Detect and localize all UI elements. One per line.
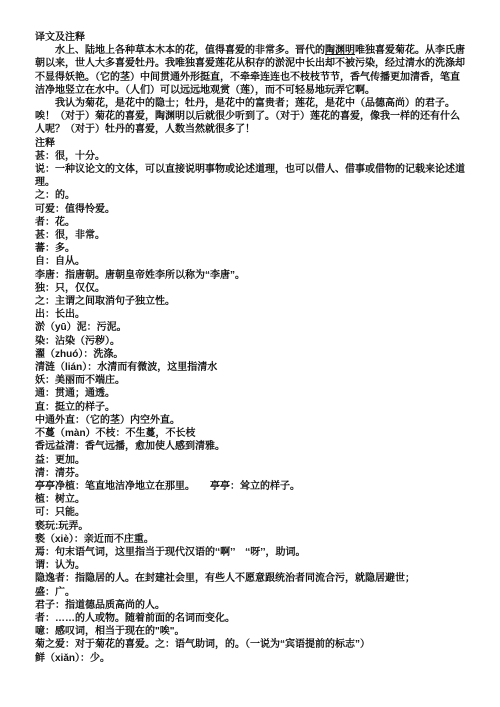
section-title-translation: 译文及注释: [35, 31, 467, 44]
note-line: 鲜（xiǎn）：少。: [35, 652, 467, 665]
note-line: 濯（zhuó）：洗涤。: [35, 348, 467, 361]
translation-paragraph-1: 水上、陆地上各种草本木本的花，值得喜爱的非常多。晋代的陶渊明唯独喜爱菊花。从李氏…: [35, 44, 467, 97]
translation-p1-before-link: 水上、陆地上各种草本木本的花，值得喜爱的非常多。晋代的: [55, 45, 325, 56]
note-line: 者：……的人或物。随着前面的名词而变化。: [35, 612, 467, 625]
taoyuanming-link[interactable]: 陶渊明: [325, 45, 355, 56]
note-line: 君子：指道德品质高尚的人。: [35, 599, 467, 612]
note-line: 亭亭净植：笔直地洁净地立在那里。 亭亭：耸立的样子。: [35, 480, 467, 493]
note-line: 中通外直：（它的茎）内空外直。: [35, 414, 467, 427]
note-line: 益：更加。: [35, 454, 467, 467]
note-line: 染：沾染（污秽）。: [35, 335, 467, 348]
note-line: 妖：美丽而不端庄。: [35, 374, 467, 387]
notes-list: 甚：很，十分。说：一种议论文的文体，可以直接说明事物或论述道理，也可以借人、借事…: [35, 150, 467, 665]
note-line: 焉：句末语气词，这里指当于现代汉语的‘‘啊’’ ‘‘呀’’，助词。: [35, 546, 467, 559]
note-line: 蕃：多。: [35, 242, 467, 255]
note-line: 香远益清：香气远播，愈加使人感到清雅。: [35, 440, 467, 453]
note-line: 李唐：指唐朝。唐朝皇帝姓李所以称为“李唐”。: [35, 269, 467, 282]
note-line: 亵玩:玩弄。: [35, 520, 467, 533]
note-line: 清涟（lián）：水清而有微波，这里指清水: [35, 361, 467, 374]
note-line: 自：自从。: [35, 255, 467, 268]
note-line: 独：只，仅仅。: [35, 282, 467, 295]
note-line: 之：的。: [35, 189, 467, 202]
note-line: 出：长出。: [35, 308, 467, 321]
note-line: 之：主谓之间取消句子独立性。: [35, 295, 467, 308]
note-line: 亵（xiè）：亲近而不庄重。: [35, 533, 467, 546]
note-line: 不蔓（màn）不枝：不生蔓，不长枝: [35, 427, 467, 440]
document-page: 译文及注释 水上、陆地上各种草本木本的花，值得喜爱的非常多。晋代的陶渊明唯独喜爱…: [0, 0, 500, 707]
note-line: 可爱：值得怜爱。: [35, 203, 467, 216]
section-title-notes: 注释: [35, 137, 467, 150]
note-line: 说：一种议论文的文体，可以直接说明事物或论述道理，也可以借人、借事或借物的记载来…: [35, 163, 467, 189]
note-line: 淤（yū）泥：污泥。: [35, 321, 467, 334]
note-line: 谓：认为。: [35, 559, 467, 572]
note-line: 隐逸者：指隐居的人。在封建社会里，有些人不愿意跟统治者同流合污，就隐居避世；: [35, 572, 467, 585]
note-line: 甚：很，十分。: [35, 150, 467, 163]
note-line: 菊之爱：对于菊花的喜爱。之：语气助词，的。（一说为“宾语提前的标志”）: [35, 638, 467, 651]
note-line: 者：花。: [35, 216, 467, 229]
note-line: 可：只能。: [35, 506, 467, 519]
note-line: 直：挺立的样子。: [35, 401, 467, 414]
document-content: 译文及注释 水上、陆地上各种草本木本的花，值得喜爱的非常多。晋代的陶渊明唯独喜爱…: [35, 31, 467, 665]
note-line: 清：清芬。: [35, 467, 467, 480]
note-line: 植：树立。: [35, 493, 467, 506]
note-line: 甚：很，非常。: [35, 229, 467, 242]
note-line: 通：贯通；通透。: [35, 387, 467, 400]
note-line: 噫：感叹词，相当于现在的"唉"。: [35, 625, 467, 638]
note-line: 盛：广。: [35, 586, 467, 599]
translation-paragraph-2: 我认为菊花，是花中的隐士；牡丹，是花中的富贵者；莲花，是花中（品德高尚）的君子。…: [35, 97, 467, 137]
